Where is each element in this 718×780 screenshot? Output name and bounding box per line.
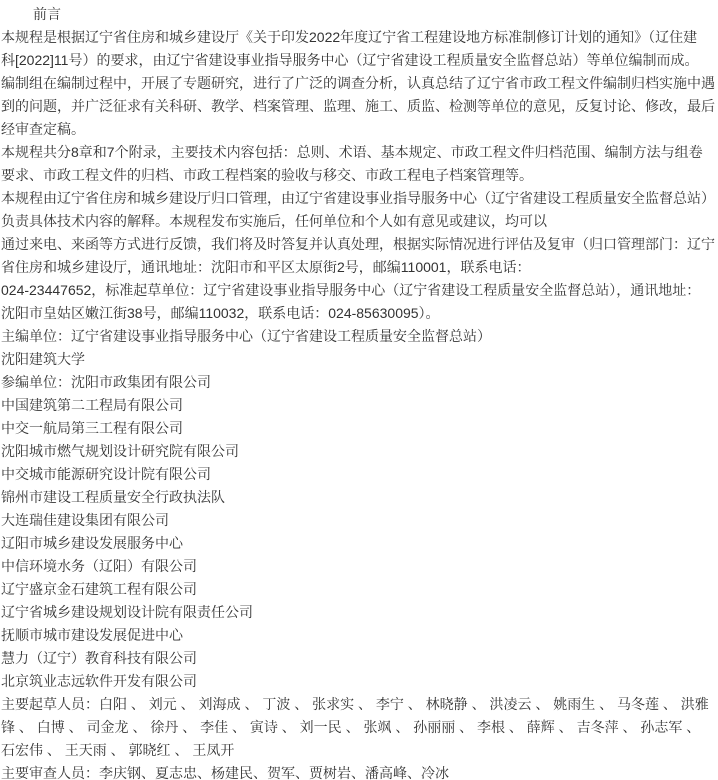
foreword-line: 本规程由辽宁省住房和城乡建设厅归口管理，由辽宁省建设事业指导服务中心（辽宁省建设… [1, 187, 718, 210]
foreword-line: 参编单位：沈阳市政集团有限公司 [1, 371, 718, 394]
foreword-line: 大连瑞佳建设集团有限公司 [1, 509, 718, 532]
foreword-line: 主要审查人员：李庆钢、夏志忠、杨建民、贺军、贾树岩、潘高峰、冷冰 [1, 762, 718, 780]
foreword-line: 中交一航局第三工程有限公司 [1, 417, 718, 440]
foreword-line: 沈阳市皇姑区嫩江街38号，邮编110032，联系电话：024-85630095）… [1, 302, 718, 325]
foreword-body: 本规程是根据辽宁省住房和城乡建设厅《关于印发2022年度辽宁省工程建设地方标准制… [1, 26, 718, 780]
foreword-heading: 前言 [1, 3, 718, 26]
foreword-line: 主要起草人员：白阳 、 刘元 、 刘海成 、 丁波 、 张求实 、 李宁 、 林… [1, 693, 718, 716]
foreword-line: 中信环境水务（辽阳）有限公司 [1, 555, 718, 578]
foreword-line: 石宏伟 、 王天雨 、 郭晓红 、 王凤开 [1, 739, 718, 762]
foreword-line: 沈阳建筑大学 [1, 348, 718, 371]
foreword-line: 省住房和城乡建设厅，通讯地址：沈阳市和平区太原街2号，邮编110001，联系电话… [1, 256, 718, 279]
foreword-line: 科[2022]11号）的要求，由辽宁省建设事业指导服务中心（辽宁省建设工程质量安… [1, 49, 718, 72]
foreword-line: 编制组在编制过程中，开展了专题研究，进行了广泛的调查分析，认真总结了辽宁省市政工… [1, 72, 718, 95]
foreword-line: 抚顺市城市建设发展促进中心 [1, 624, 718, 647]
foreword-line: 主编单位：辽宁省建设事业指导服务中心（辽宁省建设工程质量安全监督总站） [1, 325, 718, 348]
foreword-line: 通过来电、来函等方式进行反馈，我们将及时答复并认真处理，根据实际情况进行评估及复… [1, 233, 718, 256]
foreword-line: 沈阳城市燃气规划设计研究院有限公司 [1, 440, 718, 463]
foreword-line: 辽宁盛京金石建筑工程有限公司 [1, 578, 718, 601]
foreword-line: 要求、市政工程文件的归档、市政工程档案的验收与移交、市政工程电子档案管理等。 [1, 164, 718, 187]
foreword-line: 锋 、 白博 、 司金龙 、 徐丹 、 李佳 、 寅诗 、 刘一民 、 张飒 、… [1, 716, 718, 739]
foreword-line: 北京筑业志远软件开发有限公司 [1, 670, 718, 693]
foreword-line: 负责具体技术内容的解释。本规程发布实施后，任何单位和个人如有意见或建议，均可以 [1, 210, 718, 233]
foreword-line: 锦州市建设工程质量安全行政执法队 [1, 486, 718, 509]
foreword-line: 中国建筑第二工程局有限公司 [1, 394, 718, 417]
foreword-line: 到的问题，并广泛征求有关科研、教学、档案管理、监理、施工、质监、检测等单位的意见… [1, 95, 718, 118]
foreword-line: 慧力（辽宁）教育科技有限公司 [1, 647, 718, 670]
foreword-line: 中交城市能源研究设计院有限公司 [1, 463, 718, 486]
foreword-line: 本规程共分8章和7个附录，主要技术内容包括：总则、术语、基本规定、市政工程文件归… [1, 141, 718, 164]
foreword-line: 辽宁省城乡建设规划设计院有限责任公司 [1, 601, 718, 624]
foreword-line: 024-23447652，标准起草单位：辽宁省建设事业指导服务中心（辽宁省建设工… [1, 279, 718, 302]
foreword-document: 前言 本规程是根据辽宁省住房和城乡建设厅《关于印发2022年度辽宁省工程建设地方… [0, 0, 718, 780]
foreword-line: 本规程是根据辽宁省住房和城乡建设厅《关于印发2022年度辽宁省工程建设地方标准制… [1, 26, 718, 49]
foreword-line: 辽阳市城乡建设发展服务中心 [1, 532, 718, 555]
foreword-line: 经审查定稿。 [1, 118, 718, 141]
